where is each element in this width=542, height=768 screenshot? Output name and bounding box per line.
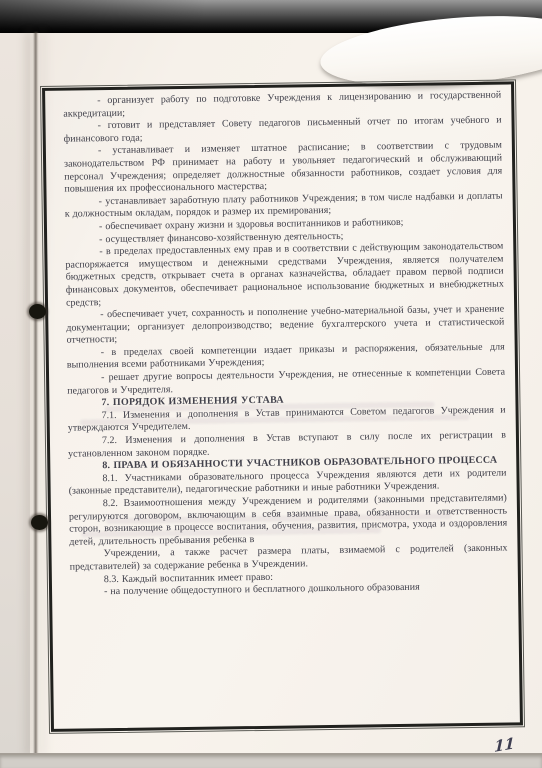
document-content: - организует работу по подготовке Учрежд… [42, 81, 523, 732]
duty-paragraph: - в пределах предоставленных ему прав и … [65, 241, 504, 310]
duty-paragraph: - устанавливает и изменяет штатное распи… [64, 140, 503, 196]
binder-margin-strip [0, 33, 30, 755]
binding-fold-shadow [33, 32, 39, 756]
document-border-frame: - организует работу по подготовке Учрежд… [40, 79, 525, 734]
scanner-bottom-edge [0, 753, 542, 768]
punch-hole [29, 304, 46, 319]
duty-paragraph: - обеспечивает учет, сохранность и попол… [66, 304, 504, 348]
scanned-charter-page: - организует работу по подготовке Учрежд… [0, 0, 542, 768]
punch-hole [31, 515, 48, 530]
